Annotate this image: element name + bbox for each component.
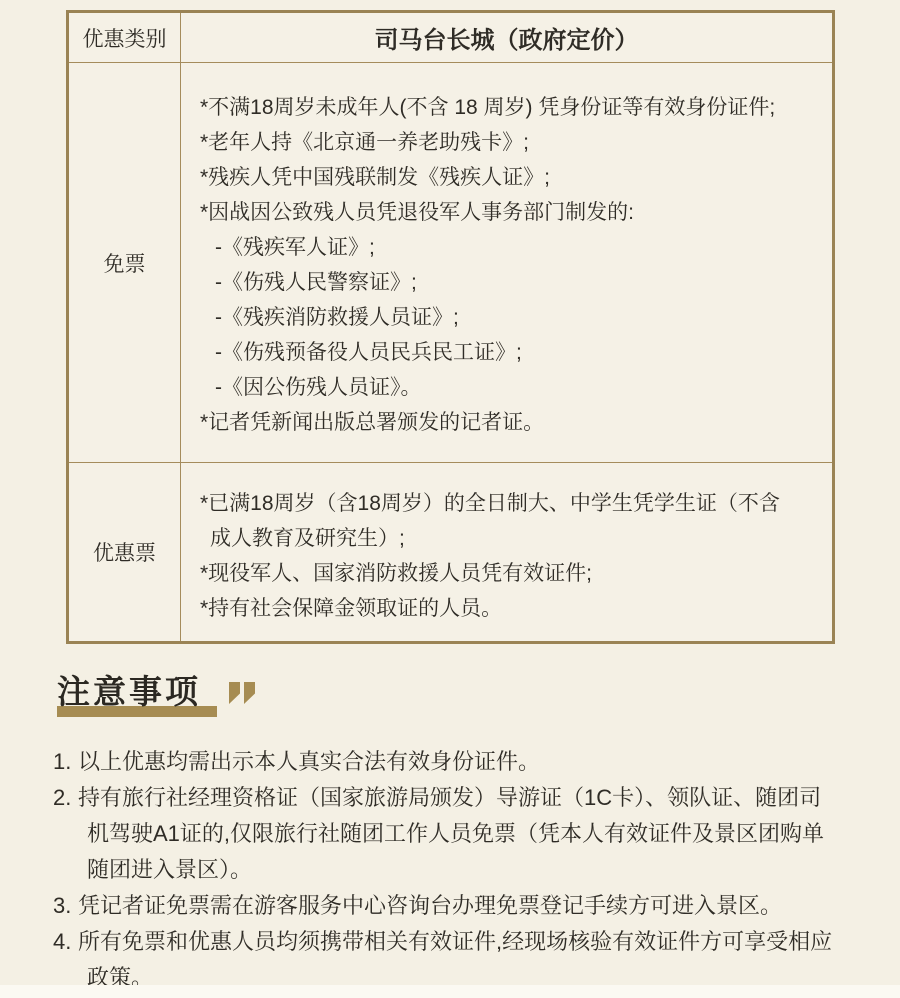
policy-line: *现役军人、国家消防救援人员凭有效证件; — [200, 556, 790, 591]
notes-title: 注意事项 — [57, 672, 201, 712]
policy-line: -《残疾军人证》; — [200, 230, 790, 265]
policy-line: -《伤残人民警察证》; — [200, 265, 790, 300]
policy-line: *已满18周岁（含18周岁）的全日制大、中学生凭学生证（不含 成人教育及研究生）… — [200, 486, 790, 556]
note-text: 持有旅行社经理资格证（国家旅游局颁发）导游证（1C卡）、领队证、随团司机驾驶A1… — [78, 785, 824, 882]
table-row-discount: 优惠票 *已满18周岁（含18周岁）的全日制大、中学生凭学生证（不含 成人教育及… — [69, 462, 832, 641]
table-header-row: 优惠类别 司马台长城（政府定价） — [69, 13, 832, 62]
policy-line: *因战因公致残人员凭退役军人事务部门制发的: — [200, 195, 790, 230]
close-quote-icon — [229, 682, 255, 704]
quote-mark — [244, 682, 255, 704]
policy-line: *持有社会保障金领取证的人员。 — [200, 591, 790, 626]
header-category-cell: 优惠类别 — [69, 13, 181, 62]
discount-table: 优惠类别 司马台长城（政府定价） 免票 *不满18周岁未成年人(不含 18 周岁… — [66, 10, 835, 644]
free-ticket-policies: *不满18周岁未成年人(不含 18 周岁) 凭身份证等有效身份证件; *老年人持… — [181, 63, 832, 462]
quote-mark — [229, 682, 240, 704]
policy-line: *记者凭新闻出版总署颁发的记者证。 — [200, 405, 790, 440]
notes-list: 1.以上优惠均需出示本人真实合法有效身份证件。 2.持有旅行社经理资格证（国家旅… — [53, 744, 843, 996]
discount-ticket-policies: *已满18周岁（含18周岁）的全日制大、中学生凭学生证（不含 成人教育及研究生）… — [181, 463, 832, 641]
note-number: 1. — [53, 744, 78, 780]
note-item: 2.持有旅行社经理资格证（国家旅游局颁发）导游证（1C卡）、领队证、随团司机驾驶… — [53, 780, 843, 888]
notes-heading: 注意事项 — [57, 672, 853, 722]
policy-line: -《残疾消防救援人员证》; — [200, 300, 790, 335]
policy-line: -《因公伤残人员证》。 — [200, 370, 790, 405]
note-text: 所有免票和优惠人员均须携带相关有效证件,经现场核验有效证件方可享受相应政策。 — [78, 929, 832, 990]
policy-line: *残疾人凭中国残联制发《残疾人证》; — [200, 160, 790, 195]
note-text: 以上优惠均需出示本人真实合法有效身份证件。 — [78, 749, 540, 774]
category-label-discount: 优惠票 — [69, 463, 181, 641]
policy-line: *老年人持《北京通一养老助残卡》; — [200, 125, 790, 160]
notes-section: 注意事项 1.以上优惠均需出示本人真实合法有效身份证件。 2.持有旅行社经理资格… — [53, 672, 853, 996]
note-item: 3.凭记者证免票需在游客服务中心咨询台办理免票登记手续方可进入景区。 — [53, 888, 843, 924]
note-number: 2. — [53, 780, 78, 816]
header-title-cell: 司马台长城（政府定价） — [181, 13, 832, 62]
policy-line: -《伤残预备役人员民兵民工证》; — [200, 335, 790, 370]
note-text: 凭记者证免票需在游客服务中心咨询台办理免票登记手续方可进入景区。 — [78, 893, 782, 918]
policy-line: *不满18周岁未成年人(不含 18 周岁) 凭身份证等有效身份证件; — [200, 90, 790, 125]
bottom-strip — [0, 985, 900, 998]
category-label-free: 免票 — [69, 63, 181, 462]
table-row-free: 免票 *不满18周岁未成年人(不含 18 周岁) 凭身份证等有效身份证件; *老… — [69, 62, 832, 462]
page: 优惠类别 司马台长城（政府定价） 免票 *不满18周岁未成年人(不含 18 周岁… — [0, 0, 900, 998]
note-number: 4. — [53, 924, 78, 960]
note-item: 1.以上优惠均需出示本人真实合法有效身份证件。 — [53, 744, 843, 780]
note-number: 3. — [53, 888, 78, 924]
